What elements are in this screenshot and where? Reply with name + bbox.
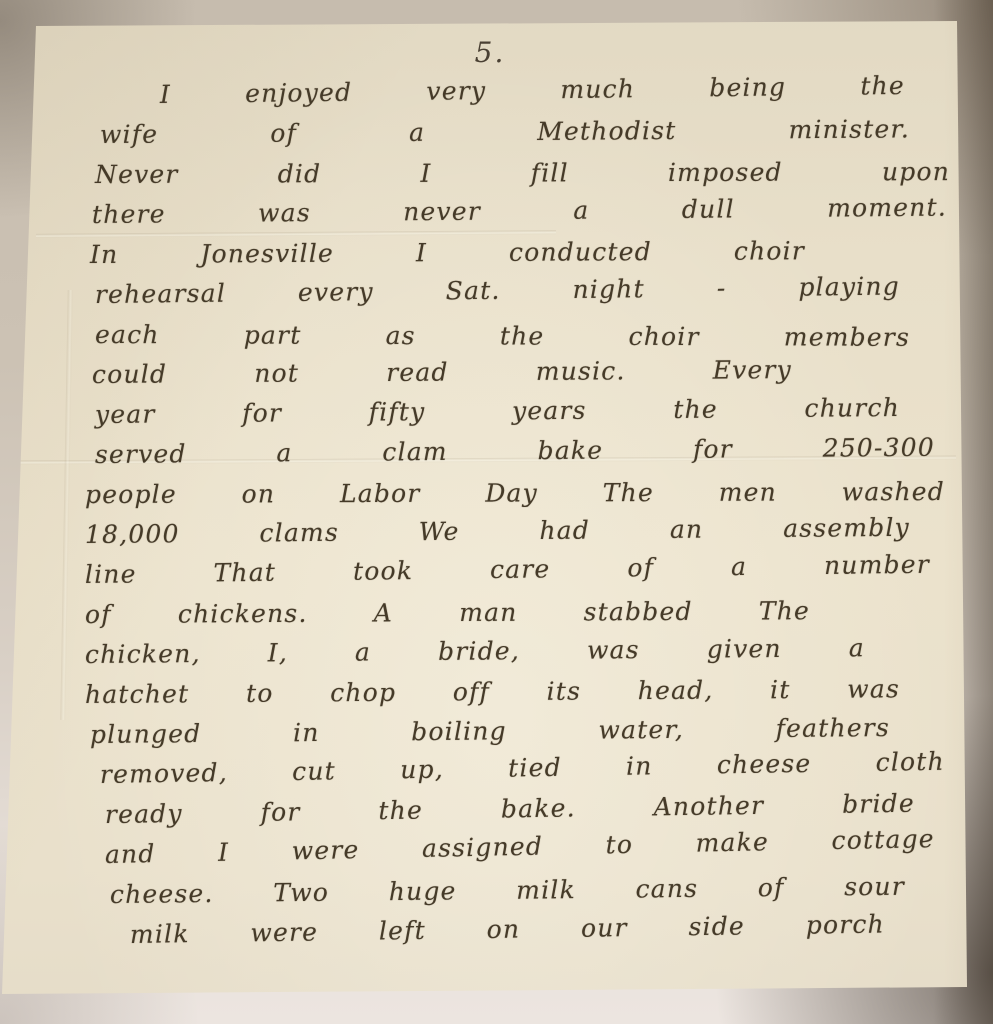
handwritten-line: there was never a dull moment. <box>92 193 947 239</box>
page-number: 5. <box>440 36 540 69</box>
handwritten-line: rehearsal every Sat. night - playing <box>95 272 900 319</box>
handwritten-line: chicken, I, a bride, was given a <box>85 633 865 679</box>
letter-body: I enjoyed very much being the wife of a … <box>85 80 960 960</box>
handwritten-line: I enjoyed very much being the <box>160 71 905 119</box>
fold-crease <box>60 290 73 720</box>
handwritten-line: could not read music. Every <box>92 355 792 399</box>
handwritten-line: year for fifty years the church <box>95 393 900 439</box>
handwritten-line: wife of a Methodist minister. <box>100 114 910 159</box>
handwritten-line: of chickens. A man stabbed The <box>85 596 810 639</box>
photo-background: 5. I enjoyed very much being the wife of… <box>0 0 993 1024</box>
handwritten-line: hatchet to chop off its head, it was <box>85 674 900 719</box>
handwritten-line: served a clam bake for 250-300 <box>95 433 935 479</box>
handwritten-line: In Jonesville I conducted choir <box>90 236 805 279</box>
